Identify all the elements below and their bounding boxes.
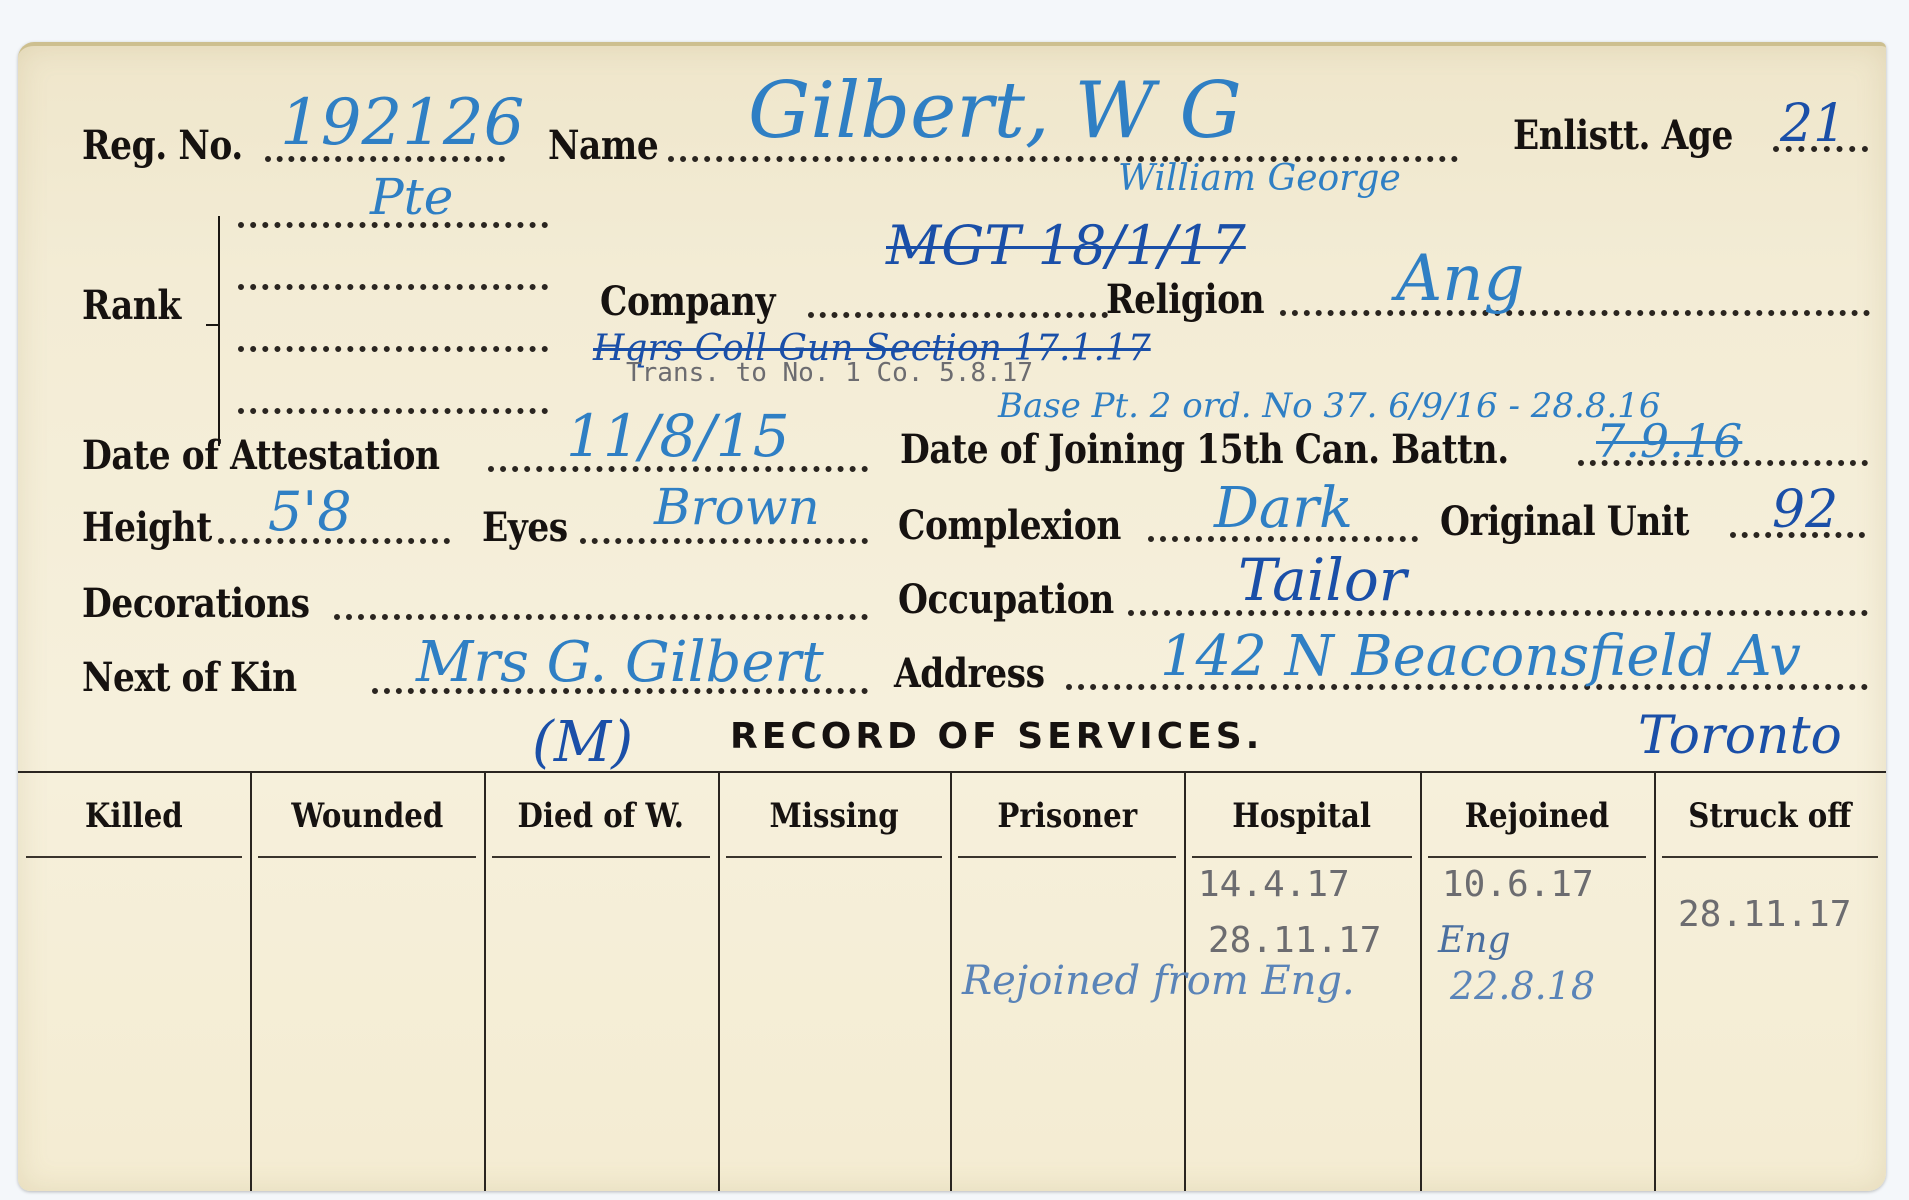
height-label: Height bbox=[82, 504, 212, 551]
religion-label: Religion bbox=[1106, 276, 1264, 323]
table-top-rule bbox=[18, 771, 1886, 773]
company-label: Company bbox=[600, 278, 775, 325]
original-unit-label: Original Unit bbox=[1440, 498, 1689, 545]
record-of-services-title: RECORD OF SERVICES. bbox=[730, 716, 1263, 757]
rank-line-2 bbox=[238, 284, 548, 290]
rejoined-entry-3: 22.8.18 bbox=[1450, 964, 1595, 1008]
religion-dotted-line bbox=[1280, 310, 1870, 316]
rank-line-4 bbox=[238, 408, 548, 414]
column-header-died-of-wounds: Died of W. bbox=[484, 776, 718, 856]
column-header-wounded: Wounded bbox=[250, 776, 484, 856]
company-dotted-line bbox=[808, 312, 1108, 318]
occupation-value: Tailor bbox=[1238, 546, 1407, 614]
reg-no-value: 192126 bbox=[280, 86, 524, 160]
prisoner-column-note: Rejoined from Eng. bbox=[962, 958, 1355, 1004]
struck-off-entry: 28.11.17 bbox=[1678, 894, 1851, 935]
attestation-label: Date of Attestation bbox=[82, 432, 440, 479]
joining-label: Date of Joining 15th Can. Battn. bbox=[900, 426, 1509, 473]
occupation-label: Occupation bbox=[898, 576, 1114, 623]
eyes-label: Eyes bbox=[482, 504, 568, 551]
joining-struck-value: 7.9.16 bbox=[1596, 414, 1742, 468]
reg-no-label: Reg. No. bbox=[82, 122, 243, 169]
decorations-label: Decorations bbox=[82, 580, 310, 627]
rank-brace bbox=[218, 216, 234, 446]
attestation-value: 11/8/15 bbox=[566, 402, 790, 470]
hospital-entry-1: 14.4.17 bbox=[1198, 864, 1350, 905]
header-underline bbox=[958, 856, 1176, 858]
height-value: 5'8 bbox=[268, 480, 352, 543]
religion-value: Ang bbox=[1396, 242, 1524, 316]
column-header-missing: Missing bbox=[718, 776, 950, 856]
header-underline bbox=[1192, 856, 1412, 858]
next-of-kin-label: Next of Kin bbox=[82, 654, 297, 701]
column-header-struck-off: Struck off bbox=[1654, 776, 1886, 856]
column-header-hospital: Hospital bbox=[1184, 776, 1420, 856]
service-record-card: Reg. No. 192126 Name Gilbert, W G Willia… bbox=[18, 42, 1886, 1191]
enlistment-age-label: Enlistt. Age bbox=[1513, 112, 1733, 159]
eyes-dotted-line bbox=[580, 538, 868, 544]
header-underline bbox=[1662, 856, 1878, 858]
header-underline bbox=[1428, 856, 1646, 858]
enlistment-age-value: 21 bbox=[1780, 94, 1846, 154]
hospital-entry-2: 28.11.17 bbox=[1208, 920, 1381, 961]
address-value: 142 N Beaconsfield Av bbox=[1160, 624, 1801, 689]
column-header-killed: Killed bbox=[18, 776, 250, 856]
next-of-kin-value: Mrs G. Gilbert bbox=[416, 630, 824, 695]
base-order-note: Base Pt. 2 ord. No 37. 6/9/16 - 28.8.16 bbox=[998, 386, 1661, 426]
address-city: Toronto bbox=[1638, 706, 1842, 766]
column-header-rejoined: Rejoined bbox=[1420, 776, 1654, 856]
header-underline bbox=[258, 856, 476, 858]
rank-label: Rank bbox=[82, 282, 181, 329]
address-label: Address bbox=[894, 650, 1045, 697]
next-of-kin-annotation: (M) bbox=[532, 710, 633, 775]
name-annotation: William George bbox=[1118, 158, 1401, 199]
header-underline bbox=[726, 856, 942, 858]
name-label: Name bbox=[548, 122, 658, 169]
header-underline bbox=[492, 856, 710, 858]
rank-value: Pte bbox=[370, 168, 453, 226]
rank-line-3 bbox=[238, 346, 548, 352]
complexion-label: Complexion bbox=[898, 502, 1121, 549]
column-header-prisoner: Prisoner bbox=[950, 776, 1184, 856]
company-struck-value: MGT 18/1/17 bbox=[886, 214, 1246, 277]
eyes-value: Brown bbox=[654, 478, 820, 536]
header-underline bbox=[26, 856, 242, 858]
name-value: Gilbert, W G bbox=[748, 66, 1242, 156]
rejoined-entry-2: Eng bbox=[1438, 920, 1511, 961]
complexion-value: Dark bbox=[1214, 476, 1353, 541]
decorations-dotted-line bbox=[334, 614, 868, 620]
original-unit-value: 92 bbox=[1772, 480, 1838, 540]
rejoined-entry-1: 10.6.17 bbox=[1442, 864, 1594, 905]
company-transfer-note: Trans. to No. 1 Co. 5.8.17 bbox=[626, 358, 1033, 388]
